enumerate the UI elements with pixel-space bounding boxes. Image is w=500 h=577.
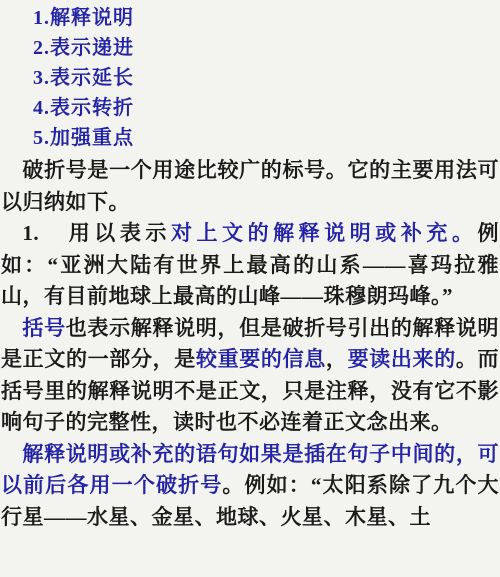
text-segment-normal: 1. 用以表示 [22, 221, 171, 245]
text-segment-highlight: 较重要的信息 [196, 347, 326, 371]
document-page: 1.解释说明2.表示递进3.表示延长4.表示转折5.加强重点 破折号是一个用途比… [0, 0, 500, 577]
paragraph-intro: 破折号是一个用途比较广的标号。它的主要用法可以归纳如下。 [1, 155, 499, 218]
dash-usage-list: 1.解释说明2.表示递进3.表示延长4.表示转折5.加强重点 [33, 3, 500, 153]
article-body: 破折号是一个用途比较广的标号。它的主要用法可以归纳如下。1. 用以表示对上文的解… [0, 155, 500, 533]
paragraph-brackets-comparison: 括号也表示解释说明，但是破折号引出的解释说明是正文的一部分，是较重要的信息，要读… [1, 313, 499, 439]
usage-list-item-5: 5.加强重点 [33, 123, 500, 153]
usage-list-item-4: 4.表示转折 [33, 93, 500, 123]
paragraph-mid-sentence-dashes: 解释说明或补充的语句如果是插在句子中间的，可以前后各用一个破折号。例如：“太阳系… [1, 439, 499, 534]
text-segment-normal: ， [326, 347, 348, 371]
usage-list-item-3: 3.表示延长 [33, 63, 500, 93]
text-segment-highlight: 要读出来的 [348, 347, 456, 371]
text-segment-normal: 破折号是一个用途比较广的标号。它的主要用法可以归纳如下。 [1, 158, 499, 214]
usage-list-item-1: 1.解释说明 [33, 3, 500, 33]
paragraph-usage-1: 1. 用以表示对上文的解释说明或补充。例如：“亚洲大陆有世界上最高的山系——喜玛… [1, 218, 499, 313]
text-segment-highlight: 对上文的解释说明或补充。 [171, 221, 478, 245]
usage-list-item-2: 2.表示递进 [33, 33, 500, 63]
text-segment-highlight: 括号 [22, 316, 65, 340]
